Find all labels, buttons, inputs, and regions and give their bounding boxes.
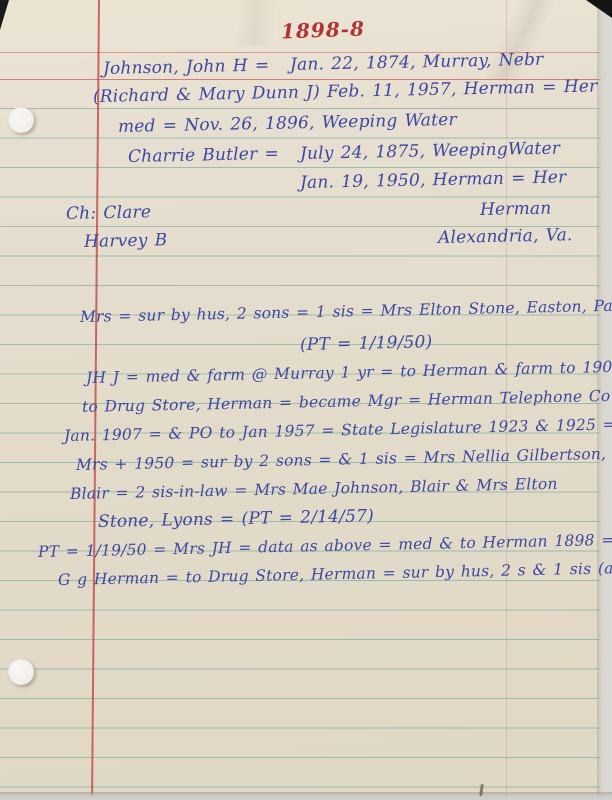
child-harvey: Harvey B: [84, 228, 168, 254]
page-number-header: 1898-8: [281, 17, 366, 44]
punch-hole-top: [8, 107, 34, 133]
name-heading: Johnson, John H =: [103, 54, 270, 81]
punch-hole-bottom: [8, 659, 34, 685]
obit-citation-1: (PT = 1/19/50): [300, 330, 433, 357]
residence-herman: Herman: [480, 197, 552, 222]
children-clare: Ch: Clare: [66, 200, 152, 226]
spouse-name: Charrie Butler =: [128, 142, 279, 169]
scan-edge-bottom: [0, 792, 612, 800]
scanned-note-page: 1898-8 Johnson, John H = Jan. 22, 1874, …: [0, 0, 612, 800]
residence-alexandria: Alexandria, Va.: [438, 223, 573, 250]
